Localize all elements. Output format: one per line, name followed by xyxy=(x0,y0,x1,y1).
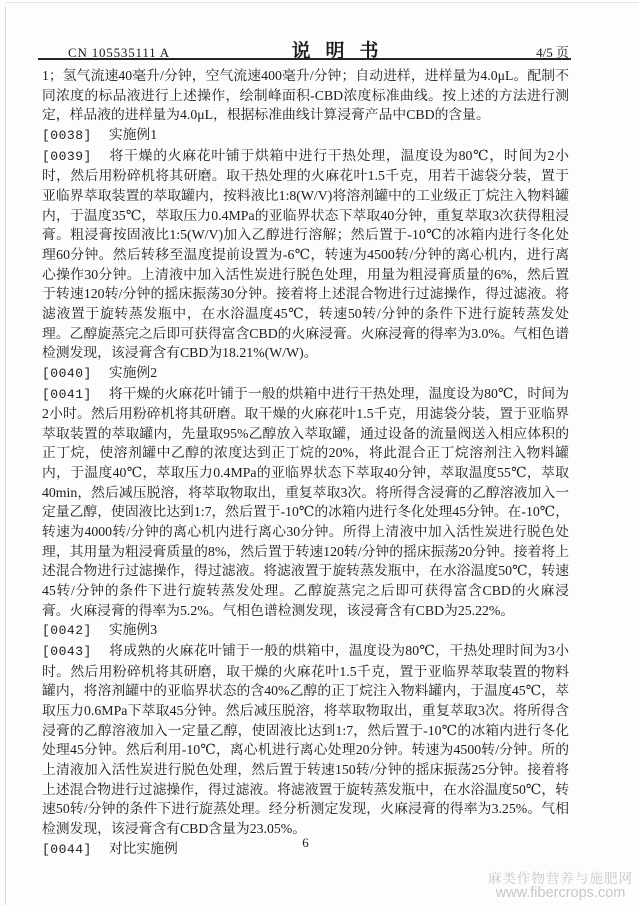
paragraph-tag: [0038] xyxy=(42,128,92,143)
paragraph-text: 将成熟的火麻花叶铺于一般的烘箱中，温度设为80℃，干热处理时间为3小时。然后用粉… xyxy=(42,643,569,836)
scan-edge-top xyxy=(5,2,639,3)
header-divider xyxy=(38,58,571,60)
paragraph-text: 实施例3 xyxy=(109,622,157,637)
paragraph: [0043]将成熟的火麻花叶铺于一般的烘箱中，温度设为80℃，干热处理时间为3小… xyxy=(42,641,569,839)
watermark-site-name: 麻类作物营养与施肥网 xyxy=(488,871,633,886)
paragraph: [0038]实施例1 xyxy=(42,125,569,146)
paragraph-tag: [0042] xyxy=(42,623,92,638)
paragraph-tag: [0041] xyxy=(42,387,92,402)
paragraph: [0039]将干燥的火麻花叶铺于烘箱中进行干热处理，温度设为80℃，时间为2小时… xyxy=(42,146,569,363)
paragraph-text: 将干燥的火麻花叶铺于一般的烘箱中进行干热处理，温度设为80℃，时间为2小时。然后… xyxy=(42,386,569,618)
footer-page-number: 6 xyxy=(42,835,569,851)
paragraph-tag: [0043] xyxy=(42,644,92,659)
patent-specification-page: CN 105535111 A 说明书 4/5 页 1；氢气流速40毫升/分钟，空… xyxy=(0,0,639,905)
watermark: 麻类作物营养与施肥网 www.fibercrops.com xyxy=(488,871,633,901)
paragraph: [0040]实施例2 xyxy=(42,363,569,384)
paragraph-text: 1；氢气流速40毫升/分钟，空气流速400毫升/分钟；自动进样，进样量为4.0μ… xyxy=(42,68,569,122)
paragraph-text: 实施例1 xyxy=(109,127,157,142)
paragraph-tag: [0040] xyxy=(42,366,92,381)
scan-edge-left xyxy=(5,6,6,905)
paragraph: [0041]将干燥的火麻花叶铺于一般的烘箱中进行干热处理，温度设为80℃，时间为… xyxy=(42,384,569,621)
paragraph: [0042]实施例3 xyxy=(42,620,569,641)
document-body: 1；氢气流速40毫升/分钟，空气流速400毫升/分钟；自动进样，进样量为4.0μ… xyxy=(42,66,569,859)
paragraph-text: 将干燥的火麻花叶铺于烘箱中进行干热处理，温度设为80℃，时间为2小时，然后用粉碎… xyxy=(42,148,569,361)
watermark-site-url: www.fibercrops.com xyxy=(488,886,633,901)
paragraph-text: 实施例2 xyxy=(109,365,157,380)
paragraph: 1；氢气流速40毫升/分钟，空气流速400毫升/分钟；自动进样，进样量为4.0μ… xyxy=(42,66,569,125)
paragraph-tag: [0039] xyxy=(42,149,92,164)
